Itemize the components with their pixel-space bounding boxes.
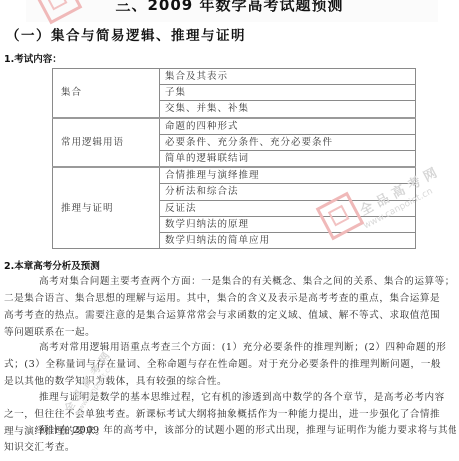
table-row: 推理与证明 合情推理与演绎推理 [53,167,416,184]
item-cell: 交集、并集、补集 [160,101,416,118]
section-heading: （一）集合与简易逻辑、推理与证明 [6,27,246,45]
exam-content-table: 集合 集合及其表示 子集 交集、并集、补集 常用逻辑用语 命题的四种形式 必要条… [52,68,416,249]
item-cell: 子集 [160,85,416,101]
page-title: 三、2009 年数学高考试题预测 [0,0,459,14]
paragraph-line: 高考对集合问题主要考查两个方面：一是集合的有关概念、集合之间的关系、集合的运算等… [4,273,456,290]
item-cell: 集合及其表示 [160,69,416,85]
paragraph-line: 高考考查的热点。需要注意的是集合运算常常会与求函数的定义域、值域、解不等式、求取… [4,307,456,324]
item-cell: 数学归纳法的简单应用 [160,232,416,248]
table-row: 集合 集合及其表示 [53,69,416,85]
paragraph-line: 推理与证明是数学的基本思维过程，它有机的渗透到高中数学的各个章节，是高考必考内容 [4,389,456,406]
paragraph-line: 式；(3）全称量词与存在量词、全称命题与存在性命题。对于充分必要条件的推理判断问… [4,356,456,373]
paragraph-sets: 高考对集合问题主要考查两个方面：一是集合的有关概念、集合之间的关系、集合的运算等… [4,273,456,341]
item-cell: 合情推理与演绎推理 [160,167,416,184]
category-cell: 集合 [53,69,160,118]
subsection-heading-analysis: 2.本章高考分析及预测 [4,261,100,273]
item-cell: 分析法和综合法 [160,184,416,200]
item-cell: 数学归纳法的原理 [160,216,416,232]
paragraph-line: 二是集合语言、集合思想的理解与运用。其中，集合的含义及表示是高考考查的重点，集合… [4,290,456,307]
paragraph-line: 之一，但往往不会单独考查。新课标考试大纲将抽象概括作为一种能力提出，进一步强化了… [4,406,456,423]
document-page: 三、2009 年数学高考试题预测 （一）集合与简易逻辑、推理与证明 1.考试内容… [0,0,459,461]
table-row: 常用逻辑用语 命题的四种形式 [53,118,416,135]
item-cell: 反证法 [160,200,416,216]
paragraph-line: 是以其他的数学知识为载体，具有较强的综合性。 [4,373,456,390]
item-cell: 简单的逻辑联结词 [160,150,416,167]
subsection-heading-exam-content: 1.考试内容： [4,54,62,66]
category-cell: 常用逻辑用语 [53,118,160,168]
paragraph-line: 知识交汇考查。 [4,439,456,456]
item-cell: 必要条件、充分条件、充分必要条件 [160,134,416,150]
paragraph-logic: 高考对常用逻辑用语重点考查三个方面：(1）充分必要条件的推理判断；(2）四种命题… [4,339,456,390]
paragraph-prediction: 预计在 2009 年的高考中，该部分的试题小题的形式出现，推理与证明作为能力要求… [4,422,456,456]
category-cell: 推理与证明 [53,167,160,248]
paragraph-line: 高考对常用逻辑用语重点考查三个方面：(1）充分必要条件的推理判断；(2）四种命题… [4,339,456,356]
item-cell: 命题的四种形式 [160,118,416,135]
paragraph-line: 预计在 2009 年的高考中，该部分的试题小题的形式出现，推理与证明作为能力要求… [4,422,456,439]
